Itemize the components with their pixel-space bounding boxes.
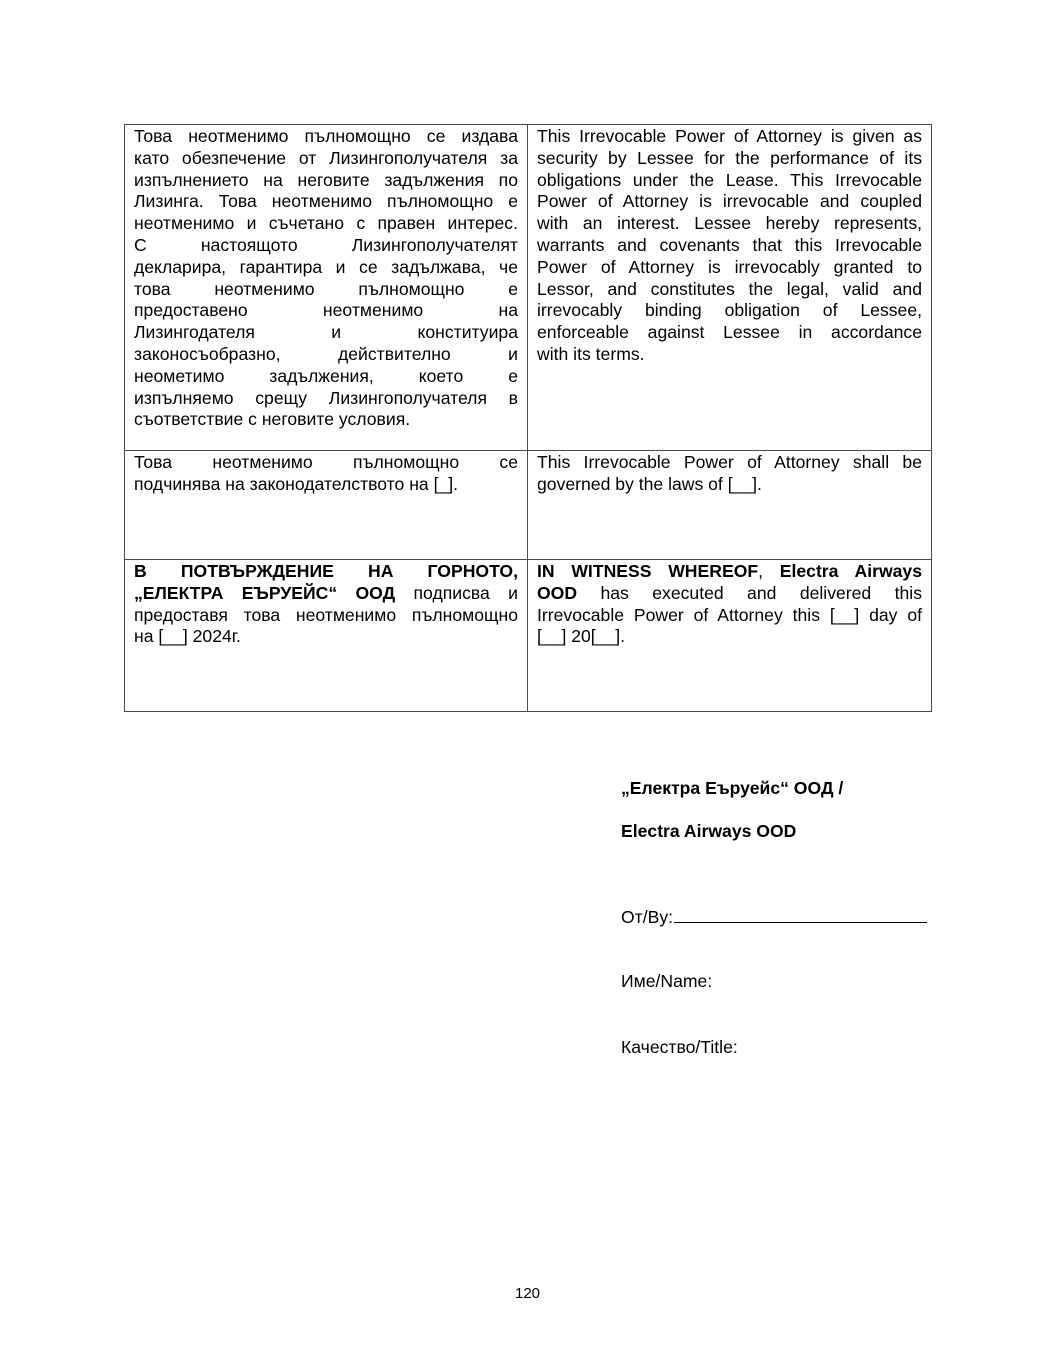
clause-bg-governing-law: Това неотменимо пълномощно се подчинява … [125,451,528,560]
text-line: Това неотменимо пълномощно се издава [134,126,518,148]
page-number: 120 [0,1285,1055,1303]
signature-line [674,905,927,923]
text-line: това неотменимо пълномощно е [134,279,518,301]
clause-en-security: This Irrevocable Power of Attorney is gi… [528,125,932,451]
text-line: Лизингодателя и конституира [134,322,518,344]
text-line: предоставя това неотменимо пълномощно [134,605,518,627]
text-line: съответствие с неговите условия. [134,409,518,431]
text-line: декларира, гарантира и се задължава, че [134,257,518,279]
text-line: на [__] 2024г. [134,626,518,648]
text-line: В ПОТВЪРЖДЕНИЕ НА ГОРНОТО, [134,561,518,583]
text-line: „ЕЛЕКТРА ЕЪРУЕЙС“ ООД подписва и [134,583,518,605]
text-line: предоставено неотменимо на [134,300,518,322]
text-line: This Irrevocable Power of Attorney is gi… [537,126,922,148]
text-line: IN WITNESS WHEREOF, Electra Airways [537,561,922,583]
text-line: Power of Attorney is irrevocably granted… [537,257,922,279]
text-line: Лизинга. Това неотменимо пълномощно е [134,191,518,213]
by-label: От/By: [621,907,673,927]
title-label: Качество/Title: [621,1036,738,1058]
text-line: подчинява на законодателството на [_]. [134,474,518,496]
clause-en-witness: IN WITNESS WHEREOF, Electra Airways OOD … [528,560,932,712]
text-line: with its terms. [537,344,922,366]
by-signature-field: От/By: [621,905,927,928]
witness-heading-bold: IN WITNESS WHEREOF [537,561,758,581]
text-line: Power of Attorney is irrevocable and cou… [537,191,922,213]
text-line: This Irrevocable Power of Attorney shall… [537,452,922,474]
text-line: неотменимо и съчетано с правен интерес. [134,213,518,235]
text-line: С настоящото Лизингополучателят [134,235,518,257]
bilingual-clauses-table: Това неотменимо пълномощно се издава кат… [124,124,932,712]
clause-bg-security: Това неотменимо пълномощно се издава кат… [125,125,528,451]
text-line: Това неотменимо пълномощно се [134,452,518,474]
text-line: irrevocably binding obligation of Lessee… [537,300,922,322]
name-label: Име/Name: [621,970,712,992]
signatory-company-bg: „Електра Еъруейс“ ООД / [621,777,843,799]
table-row-security-clause: Това неотменимо пълномощно се издава кат… [125,125,932,451]
clause-en-governing-law: This Irrevocable Power of Attorney shall… [528,451,932,560]
company-name-bold: OOD [537,583,577,603]
text-fragment: подписва и [395,583,518,603]
table-row-governing-law: Това неотменимо пълномощно се подчинява … [125,451,932,560]
clause-bg-witness: В ПОТВЪРЖДЕНИЕ НА ГОРНОТО, „ЕЛЕКТРА ЕЪРУ… [125,560,528,712]
text-line: законосъобразно, действително и [134,344,518,366]
text-line: OOD has executed and delivered this [537,583,922,605]
text-line: security by Lessee for the performance o… [537,148,922,170]
text-line: неометимо задължения, което е [134,366,518,388]
text-line: Irrevocable Power of Attorney this [__] … [537,605,922,627]
text-fragment: has executed and delivered this [577,583,922,603]
text-fragment: , [758,561,780,581]
text-line: [__] 20[__]. [537,626,922,648]
text-line: enforceable against Lessee in accordance [537,322,922,344]
signatory-company-en: Electra Airways OOD [621,820,796,842]
text-line: obligations under the Lease. This Irrevo… [537,170,922,192]
company-name-bold: Electra Airways [780,561,922,581]
text-line: warrants and covenants that this Irrevoc… [537,235,922,257]
document-page: Това неотменимо пълномощно се издава кат… [0,0,1055,1365]
text-line: като обезпечение от Лизингополучателя за [134,148,518,170]
text-line: with an interest. Lessee hereby represen… [537,213,922,235]
text-line: Lessor, and constitutes the legal, valid… [537,279,922,301]
text-line: изпълняемо срещу Лизингополучателя в [134,388,518,410]
table-row-witness: В ПОТВЪРЖДЕНИЕ НА ГОРНОТО, „ЕЛЕКТРА ЕЪРУ… [125,560,932,712]
text-line: изпълнението на неговите задължения по [134,170,518,192]
text-line: governed by the laws of [__]. [537,474,922,496]
company-name-bold: „ЕЛЕКТРА ЕЪРУЕЙС“ ООД [134,583,395,603]
